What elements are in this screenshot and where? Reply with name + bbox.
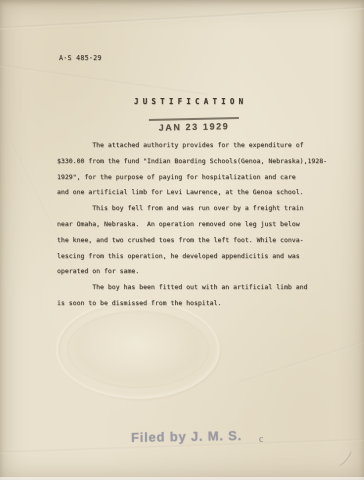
paper-crease [238, 330, 364, 384]
date-received-stamp: JAN 23 1929 [149, 117, 239, 133]
embossed-seal-inner-ring [67, 311, 209, 388]
scanned-document: A-S 485-29 JUSTIFICATION JAN 23 1929 The… [0, 0, 364, 480]
document-body-text: The attached authority provides for the … [57, 138, 327, 312]
embossed-seal-watermark [56, 300, 220, 399]
filed-by-stamp: Filed by J. M. S. [131, 428, 242, 445]
paper-sheet: A-S 485-29 JUSTIFICATION JAN 23 1929 The… [0, 0, 364, 480]
document-title: JUSTIFICATION [134, 97, 247, 106]
filed-note-mark: c [259, 434, 263, 445]
paper-crease [0, 62, 208, 96]
file-code: A-S 485-29 [59, 53, 102, 64]
corner-signature-mark [334, 446, 353, 467]
paper-crease [0, 6, 364, 30]
